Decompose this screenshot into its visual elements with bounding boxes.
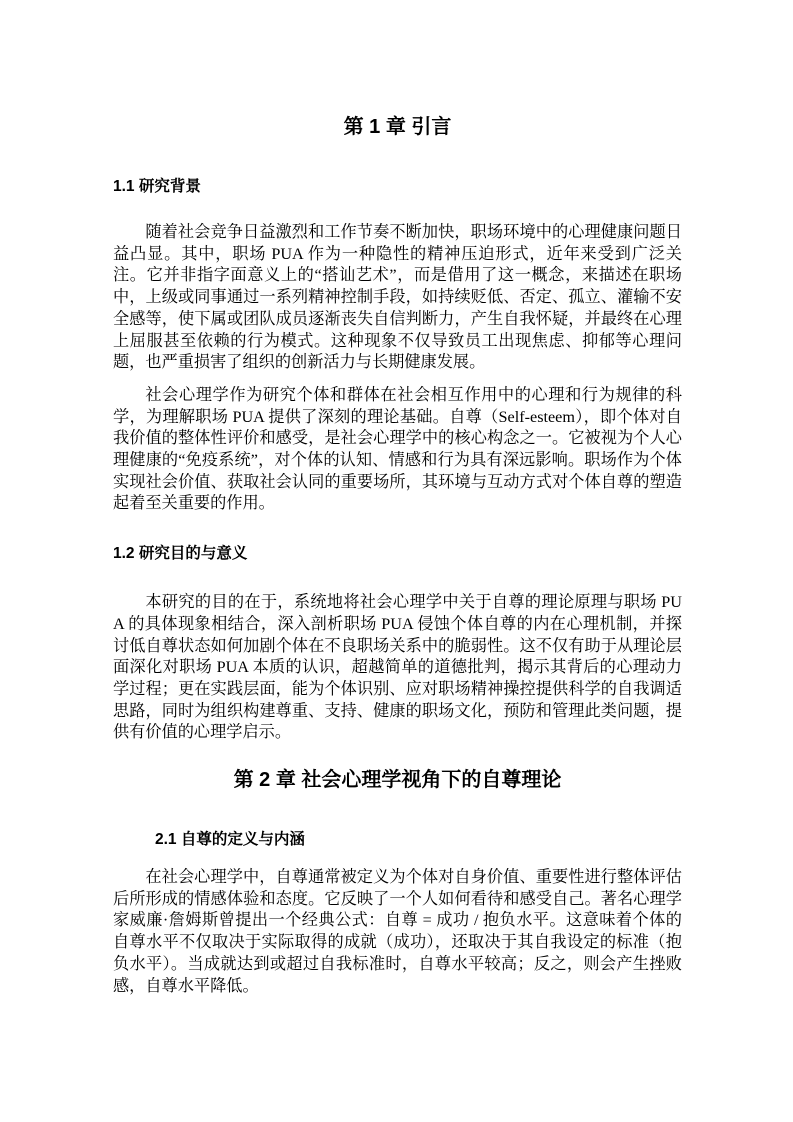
document-page: 第 1 章 引言 1.1 研究背景 随着社会竞争日益激烈和工作节奏不断加快，职场… (0, 0, 793, 1122)
paragraph-research-background-1: 随着社会竞争日益激烈和工作节奏不断加快，职场环境中的心理健康问题日益凸显。其中，… (113, 222, 682, 374)
chapter-1-title: 第 1 章 引言 (113, 114, 682, 140)
chapter-2-title: 第 2 章 社会心理学视角下的自尊理论 (113, 767, 682, 793)
paragraph-self-esteem-definition: 在社会心理学中，自尊通常被定义为个体对自身价值、重要性进行整体评估后所形成的情感… (113, 867, 682, 997)
section-2-1-heading: 2.1 自尊的定义与内涵 (155, 830, 682, 850)
section-1-1-heading: 1.1 研究背景 (113, 177, 682, 197)
paragraph-research-purpose: 本研究的目的在于，系统地将社会心理学中关于自尊的理论原理与职场 PUA 的具体现… (113, 592, 682, 744)
paragraph-research-background-2: 社会心理学作为研究个体和群体在社会相互作用中的心理和行为规律的科学，为理解职场 … (113, 385, 682, 515)
section-1-2-heading: 1.2 研究目的与意义 (113, 544, 682, 564)
